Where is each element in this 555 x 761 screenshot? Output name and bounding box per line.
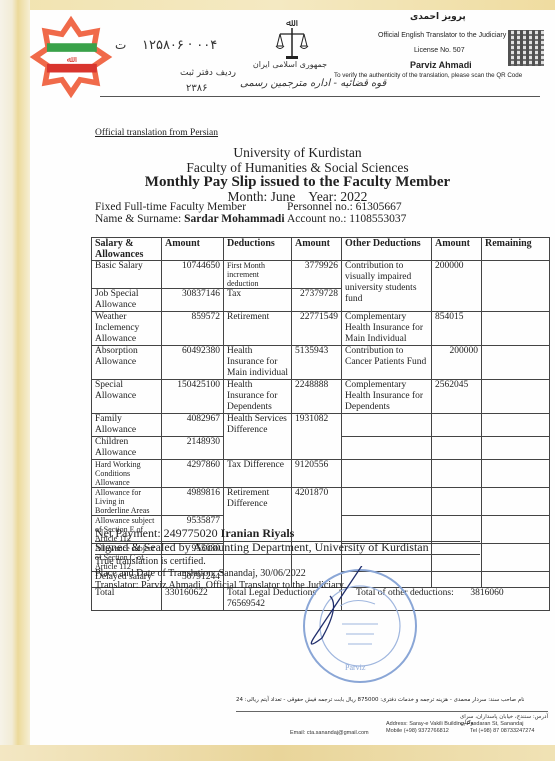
- column-header: Amount: [292, 238, 342, 261]
- translator-name-persian: پرویز احمدی: [410, 12, 466, 22]
- empty-cell: [432, 437, 482, 460]
- registry-number: ۱۲۵۸۰۶ · ۰۰۴: [142, 38, 217, 53]
- table-row: Hard Working Conditions Allowance 429786…: [92, 460, 550, 488]
- deduction-amount: 3779926: [292, 261, 342, 289]
- salary-amount: 60492380: [162, 346, 224, 380]
- net-payment-amount: Net Payment: 249775020: [95, 526, 221, 540]
- employee-name: Sardar Mohammadi: [184, 213, 284, 225]
- currency: Iranian Riyals: [221, 526, 295, 540]
- remaining-value: [482, 346, 550, 380]
- empty-cell: [432, 414, 482, 437]
- employee-name-line: Name & Surname: Sardar Mohammadi: [95, 213, 285, 225]
- signed-sealed: Signed & Sealed by Accounting Department…: [95, 540, 429, 555]
- deduction-amount: 27379728: [292, 289, 342, 312]
- salary-amount: 859572: [162, 312, 224, 346]
- empty-cell: [432, 516, 482, 544]
- registry-prefix: ت: [115, 38, 126, 52]
- salary-label: Family Allowance: [92, 414, 162, 437]
- column-header: Salary & Allowances: [92, 238, 162, 261]
- other-deduction-amount: 200000: [432, 346, 482, 380]
- scan-border-bottom: [0, 745, 555, 761]
- registry-code: ۲۳۸۶: [186, 83, 207, 94]
- scan-border-left: [0, 0, 30, 761]
- header-divider: [100, 96, 540, 97]
- empty-cell: [342, 414, 432, 437]
- salary-label: Basic Salary: [92, 261, 162, 289]
- remaining-value: [482, 380, 550, 414]
- mobile-number: Mobile (+98) 9372766812: [386, 728, 449, 734]
- remaining-value: [482, 312, 550, 346]
- salary-amount: 4989816: [162, 488, 224, 516]
- salary-label: Weather Inclemency Allowance: [92, 312, 162, 346]
- other-deduction-label: Contribution to visually impaired univer…: [342, 261, 432, 312]
- judiciary-caption: قوه قضائیه - اداره مترجمین رسمی: [240, 78, 386, 89]
- iran-flag-star-icon: ﷲ: [28, 14, 114, 100]
- account-number: Account no.: 1108553037: [287, 213, 406, 225]
- official-seal-icon: Parviz: [300, 566, 420, 686]
- deduction-amount: 22771549: [292, 312, 342, 346]
- certification: True translation is certified.: [95, 556, 206, 567]
- empty-cell: [432, 460, 482, 488]
- scan-border-top: [0, 0, 555, 10]
- svg-text:Parviz: Parviz: [345, 663, 366, 672]
- empty-cell: [482, 572, 550, 588]
- official-translation-label: Official translation from Persian: [95, 128, 218, 138]
- other-deduction-amount: 854015: [432, 312, 482, 346]
- salary-amount: 30837146: [162, 289, 224, 312]
- name-label: Name & Surname:: [95, 213, 184, 225]
- registry-label: ردیف دفتر ثبت: [180, 68, 236, 78]
- other-deduction-label: Complementary Health Insurance for Depen…: [342, 380, 432, 414]
- remaining-value: [482, 261, 550, 312]
- salary-label: Absorption Allowance: [92, 346, 162, 380]
- salary-amount: 10744650: [162, 261, 224, 289]
- empty-cell: [342, 488, 432, 516]
- deduction-label: Tax Difference: [224, 460, 292, 488]
- empty-cell: [432, 488, 482, 516]
- table-row: Family Allowance 4082967 Health Services…: [92, 414, 550, 437]
- deduction-label: First Month increment deduction: [224, 261, 292, 289]
- table-row: Weather Inclemency Allowance 859572 Reti…: [92, 312, 550, 346]
- column-header: Other Deductions: [342, 238, 432, 261]
- salary-label: Allowance for Living in Borderline Areas: [92, 488, 162, 516]
- license-number: License No. 507: [414, 47, 465, 54]
- deduction-label: Retirement: [224, 312, 292, 346]
- qr-code-icon[interactable]: [508, 30, 544, 66]
- verify-note: To verify the authenticity of the transl…: [334, 72, 522, 79]
- svg-text:ﷲ: ﷲ: [286, 18, 298, 29]
- other-deductions-total-value: 3816060: [470, 588, 503, 598]
- other-deduction-amount: 2562045: [432, 380, 482, 414]
- table-row: Allowance for Living in Borderline Areas…: [92, 488, 550, 516]
- column-header: Remaining: [482, 238, 550, 261]
- empty-cell: [482, 488, 550, 516]
- deduction-amount: 5135943: [292, 346, 342, 380]
- fee-note: نام صاحب سند: سردار محمدی - هزینه ترجمه …: [236, 697, 524, 703]
- salary-label: Hard Working Conditions Allowance: [92, 460, 162, 488]
- footer-divider: [236, 711, 548, 712]
- other-deduction-label: Contribution to Cancer Patients Fund: [342, 346, 432, 380]
- column-header: Amount: [162, 238, 224, 261]
- empty-cell: [482, 414, 550, 437]
- salary-amount: 4297860: [162, 460, 224, 488]
- empty-cell: [482, 437, 550, 460]
- deduction-amount: 9120556: [292, 460, 342, 488]
- deduction-label: Tax: [224, 289, 292, 312]
- place-date: Place and Date of Translation: Sanandaj,…: [95, 568, 306, 579]
- empty-cell: [482, 544, 550, 572]
- other-deduction-amount: 200000: [432, 261, 482, 312]
- address: Address: Saray-e Vakili Building, Pasdar…: [386, 721, 523, 727]
- net-payment: Net Payment: 249775020 Iranian Riyals: [95, 526, 294, 541]
- table-row: Basic Salary 10744650 First Month increm…: [92, 261, 550, 289]
- university-name: University of Kurdistan: [0, 145, 555, 161]
- deduction-label: Health Insurance for Dependents: [224, 380, 292, 414]
- empty-cell: [482, 516, 550, 544]
- month-year: Month: June Year: 2022: [0, 189, 555, 205]
- email-address: Email: cta.sanandaj@gmail.com: [290, 730, 369, 736]
- empty-cell: [482, 460, 550, 488]
- emblem-caption: جمهوری اسلامی ایران: [250, 60, 330, 69]
- column-header: Amount: [432, 238, 482, 261]
- salary-label: Job Special Allowance: [92, 289, 162, 312]
- table-header-row: Salary & Allowances Amount Deductions Am…: [92, 238, 550, 261]
- personnel-number: Personnel no.: 61305667: [287, 201, 402, 213]
- scales-of-justice-icon: ﷲ: [275, 16, 309, 64]
- other-deduction-label: Complementary Health Insurance for Main …: [342, 312, 432, 346]
- divider: [95, 554, 480, 555]
- salary-label: Special Allowance: [92, 380, 162, 414]
- empty-cell: [432, 572, 482, 588]
- empty-cell: [342, 460, 432, 488]
- empty-cell: [342, 437, 432, 460]
- translator-title: Official English Translator to the Judic…: [378, 32, 506, 39]
- deduction-label: Health Insurance for Main individual: [224, 346, 292, 380]
- deduction-amount: 2248888: [292, 380, 342, 414]
- table-row: Absorption Allowance 60492380 Health Ins…: [92, 346, 550, 380]
- salary-amount: 4082967: [162, 414, 224, 437]
- deduction-amount: 1931082: [292, 414, 342, 460]
- deduction-label: Health Services Difference: [224, 414, 292, 460]
- salary-label: Children Allowance: [92, 437, 162, 460]
- salary-amount: 2148930: [162, 437, 224, 460]
- telephone-number: Tel (+98) 87 08733247274: [470, 728, 534, 734]
- translator-name: Parviz Ahmadi: [410, 60, 472, 70]
- employment-type: Fixed Full-time Faculty Member: [95, 201, 246, 213]
- salary-amount: 150425100: [162, 380, 224, 414]
- column-header: Deductions: [224, 238, 292, 261]
- table-row: Special Allowance 150425100 Health Insur…: [92, 380, 550, 414]
- empty-cell: [432, 544, 482, 572]
- legal-deductions-value: 76569542: [227, 599, 265, 609]
